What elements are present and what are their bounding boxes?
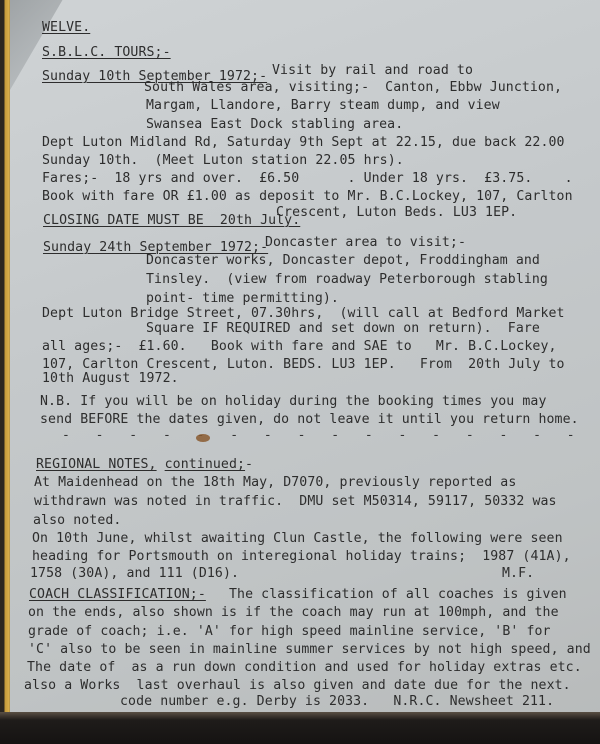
tour1-line: Visit by rail and road to [272,63,473,79]
coach-heading: COACH CLASSIFICATION;- [29,587,206,603]
tour2-line: Doncaster area to visit;- [265,235,466,251]
tour1-line: Margam, Llandore, Barry steam dump, and … [146,98,500,114]
tour1-line: Sunday 10th. (Meet Luton station 22.05 h… [42,153,404,169]
regional-heading-b: continued; [165,457,245,472]
regional-heading-c: - [245,457,253,472]
regional-heading: REGIONAL NOTES, continued;- [36,457,253,473]
regional-line: also noted. [33,513,121,529]
tour2-line: 10th August 1972. [42,371,179,387]
tour2-line: point- time permitting). [146,291,339,307]
tour1-fares: Fares;- 18 yrs and over. £6.50 . Under 1… [42,171,573,187]
regional-signature: M.F. [502,566,534,582]
coach-line: also a Works last overhaul is also given… [24,678,571,694]
coach-source: code number e.g. Derby is 2033. N.R.C. N… [120,694,554,710]
regional-line: withdrawn was noted in traffic. DMU set … [34,494,557,510]
regional-line: 1758 (30A), and 111 (D16). [30,566,239,582]
separator-line: - - - - - - - - - - - - - - - - - - - - … [62,428,600,443]
tour2-line: Doncaster works, Doncaster depot, Froddi… [146,253,540,269]
regional-line: On 10th June, whilst awaiting Clun Castl… [32,531,563,547]
tour1-line: Swansea East Dock stabling area. [146,117,403,133]
regional-line: At Maidenhead on the 18th May, D7070, pr… [34,475,516,491]
tour2-fares: all ages;- £1.60. Book with fare and SAE… [42,339,557,355]
coach-line: grade of coach; i.e. 'A' for high speed … [28,624,551,640]
tour1-line: Dept Luton Midland Rd, Saturday 9th Sept… [42,135,565,151]
regional-heading-a: REGIONAL NOTES, [36,457,157,472]
closing-date: CLOSING DATE MUST BE 20th July. [43,213,300,229]
ink-stain [196,434,210,442]
regional-line: heading for Portsmouth on interegional h… [32,549,571,565]
tour1-line: Crescent, Luton Beds. LU3 1EP. [276,205,517,221]
table-surface [0,712,600,744]
coach-line: on the ends, also shown is if the coach … [28,605,559,621]
tour1-line: South Wales area, visiting;- Canton, Ebb… [144,80,562,96]
header-fragment: WELVE. [42,20,90,36]
nb-line: send BEFORE the dates given, do not leav… [40,412,579,428]
nb-line: N.B. If you will be on holiday during th… [40,394,547,410]
coach-line: The date of as a run down condition and … [27,660,582,676]
tour1-line: Book with fare OR £1.00 as deposit to Mr… [42,189,573,205]
tour2-line: Tinsley. (view from roadway Peterborough… [146,272,548,288]
coach-line: The classification of all coaches is giv… [229,587,567,603]
coach-line: 'C' also to be seen in mainline summer s… [28,642,591,658]
tour2-line: Square IF REQUIRED and set down on retur… [146,321,540,337]
tour2-line: Dept Luton Bridge Street, 07.30hrs, (wil… [42,306,565,322]
tours-heading: S.B.L.C. TOURS;- [42,45,171,61]
